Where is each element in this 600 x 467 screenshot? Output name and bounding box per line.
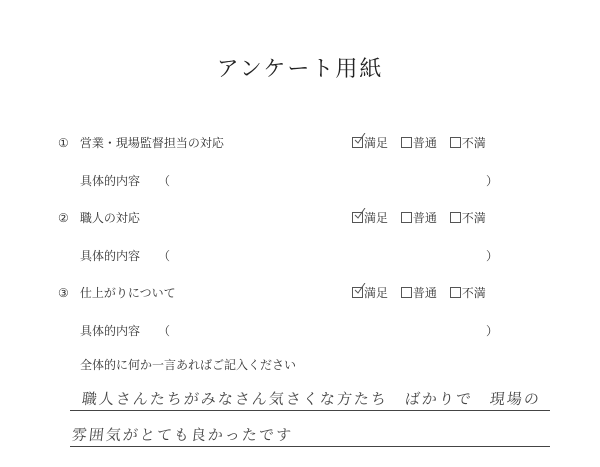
question-label: 職人の対応: [80, 211, 140, 225]
option-satisfied[interactable]: 満足: [352, 284, 388, 301]
close-paren: ）: [486, 247, 498, 264]
checkbox[interactable]: [401, 137, 412, 148]
option-dissatisfied[interactable]: 不満: [450, 134, 486, 151]
checkbox[interactable]: [450, 287, 461, 298]
question-3-options: 満足 普通 不満: [352, 284, 495, 301]
option-dissatisfied[interactable]: 不満: [450, 284, 486, 301]
checkbox[interactable]: [450, 212, 461, 223]
detail-label: 具体的内容: [80, 249, 140, 263]
checkbox[interactable]: [401, 212, 412, 223]
checkbox[interactable]: [450, 137, 461, 148]
open-paren: （: [158, 324, 170, 338]
question-number: ①: [58, 136, 76, 150]
question-1-options: 満足 普通 不満: [352, 134, 495, 151]
check-mark-icon: [354, 208, 366, 220]
question-2-options: 満足 普通 不満: [352, 209, 495, 226]
question-label: 営業・現場監督担当の対応: [80, 136, 224, 150]
question-1: ① 営業・現場監督担当の対応: [58, 134, 224, 151]
check-mark-icon: [354, 133, 366, 145]
checkbox-checked[interactable]: [352, 137, 363, 148]
option-normal[interactable]: 普通: [401, 209, 437, 226]
comment-underline-2: [70, 446, 550, 447]
handwritten-comment-line-2: 雰囲気がとても良かったです: [71, 424, 294, 445]
close-paren: ）: [486, 322, 498, 339]
comment-prompt: 全体的に何か一言あればご記入ください: [80, 356, 296, 373]
question-number: ②: [58, 211, 76, 225]
question-3-detail: 具体的内容（: [80, 322, 170, 339]
comment-underline-1: [70, 410, 550, 411]
question-label: 仕上がりについて: [80, 286, 176, 300]
close-paren: ）: [486, 172, 498, 189]
question-3: ③ 仕上がりについて: [58, 284, 176, 301]
option-satisfied[interactable]: 満足: [352, 134, 388, 151]
checkbox[interactable]: [401, 287, 412, 298]
open-paren: （: [158, 174, 170, 188]
question-2: ② 職人の対応: [58, 209, 140, 226]
option-satisfied[interactable]: 満足: [352, 209, 388, 226]
option-dissatisfied[interactable]: 不満: [450, 209, 486, 226]
check-mark-icon: [354, 283, 366, 295]
checkbox-checked[interactable]: [352, 212, 363, 223]
handwritten-comment-line-1: 職人さんたちがみなさん気さくな方たち ばかりで 現場の: [81, 388, 542, 409]
option-normal[interactable]: 普通: [401, 284, 437, 301]
option-normal[interactable]: 普通: [401, 134, 437, 151]
question-number: ③: [58, 286, 76, 300]
detail-label: 具体的内容: [80, 324, 140, 338]
open-paren: （: [158, 249, 170, 263]
question-2-detail: 具体的内容（: [80, 247, 170, 264]
detail-label: 具体的内容: [80, 174, 140, 188]
question-1-detail: 具体的内容（: [80, 172, 170, 189]
checkbox-checked[interactable]: [352, 287, 363, 298]
survey-title: アンケート用紙: [0, 52, 600, 83]
